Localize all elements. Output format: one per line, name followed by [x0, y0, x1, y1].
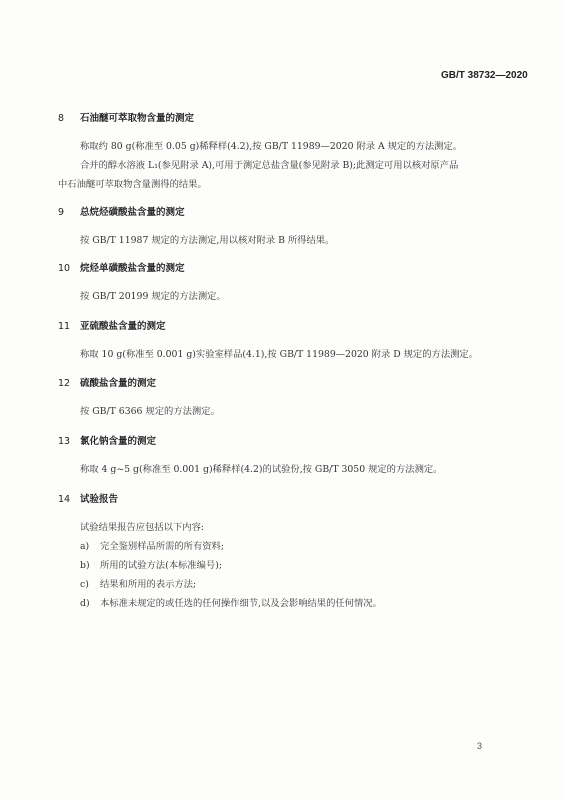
page-number: 3: [477, 741, 482, 751]
list-item: d)本标准未规定的或任选的任何操作细节,以及会影响结果的任何情况。: [80, 595, 382, 609]
list-marker: d): [80, 598, 100, 609]
section-12-heading: 12硫酸盐含量的测定: [58, 375, 156, 389]
section-number: 12: [58, 378, 80, 389]
paragraph: 合并的醇水溶液 L₁(参见附录 A),可用于测定总盐含量(参见附录 B);此测定…: [80, 157, 458, 171]
list-item: a)完全鉴别样品所需的所有资料;: [80, 538, 224, 552]
document-id-header: GB/T 38732—2020: [441, 70, 528, 81]
section-number: 13: [58, 436, 80, 447]
list-text: 结果和所用的表示方法;: [100, 579, 196, 590]
paragraph: 按 GB/T 11987 规定的方法测定,用以核对附录 B 所得结果。: [80, 232, 334, 246]
list-marker: a): [80, 541, 100, 552]
section-number: 9: [58, 207, 80, 218]
list-item: b)所用的试验方法(本标准编号);: [80, 557, 222, 571]
section-number: 8: [58, 113, 80, 124]
list-text: 完全鉴别样品所需的所有资料;: [100, 541, 224, 552]
section-title: 石油醚可萃取物含量的测定: [80, 113, 194, 124]
section-title: 总烷烃磺酸盐含量的测定: [80, 207, 185, 218]
paragraph: 中石油醚可萃取物含量测得的结果。: [58, 176, 207, 190]
paragraph: 按 GB/T 6366 规定的方法测定。: [80, 403, 220, 417]
section-13-heading: 13氯化钠含量的测定: [58, 433, 156, 447]
list-item: c)结果和所用的表示方法;: [80, 576, 196, 590]
section-8-heading: 8石油醚可萃取物含量的测定: [58, 110, 194, 124]
section-number: 10: [58, 263, 80, 274]
paragraph: 称取约 80 g(称准至 0.05 g)稀释样(4.2),按 GB/T 1198…: [80, 138, 462, 152]
section-title: 烷烃单磺酸盐含量的测定: [80, 263, 185, 274]
section-14-heading: 14试验报告: [58, 491, 118, 505]
paragraph: 按 GB/T 20199 规定的方法测定。: [80, 288, 226, 302]
section-title: 硫酸盐含量的测定: [80, 378, 156, 389]
section-9-heading: 9总烷烃磺酸盐含量的测定: [58, 204, 185, 218]
section-10-heading: 10烷烃单磺酸盐含量的测定: [58, 260, 185, 274]
paragraph: 称取 10 g(称准至 0.001 g)实验室样品(4.1),按 GB/T 11…: [80, 346, 478, 360]
list-text: 本标准未规定的或任选的任何操作细节,以及会影响结果的任何情况。: [100, 598, 382, 609]
paragraph: 试验结果报告应包括以下内容:: [80, 519, 204, 533]
section-title: 亚硫酸盐含量的测定: [80, 321, 166, 332]
section-number: 11: [58, 321, 80, 332]
list-marker: c): [80, 579, 100, 590]
section-title: 试验报告: [80, 494, 118, 505]
section-11-heading: 11亚硫酸盐含量的测定: [58, 318, 166, 332]
list-marker: b): [80, 560, 100, 571]
section-number: 14: [58, 494, 80, 505]
paragraph: 称取 4 g~5 g(称准至 0.001 g)稀释样(4.2)的试验份,按 GB…: [80, 461, 442, 475]
list-text: 所用的试验方法(本标准编号);: [100, 560, 222, 571]
section-title: 氯化钠含量的测定: [80, 436, 156, 447]
